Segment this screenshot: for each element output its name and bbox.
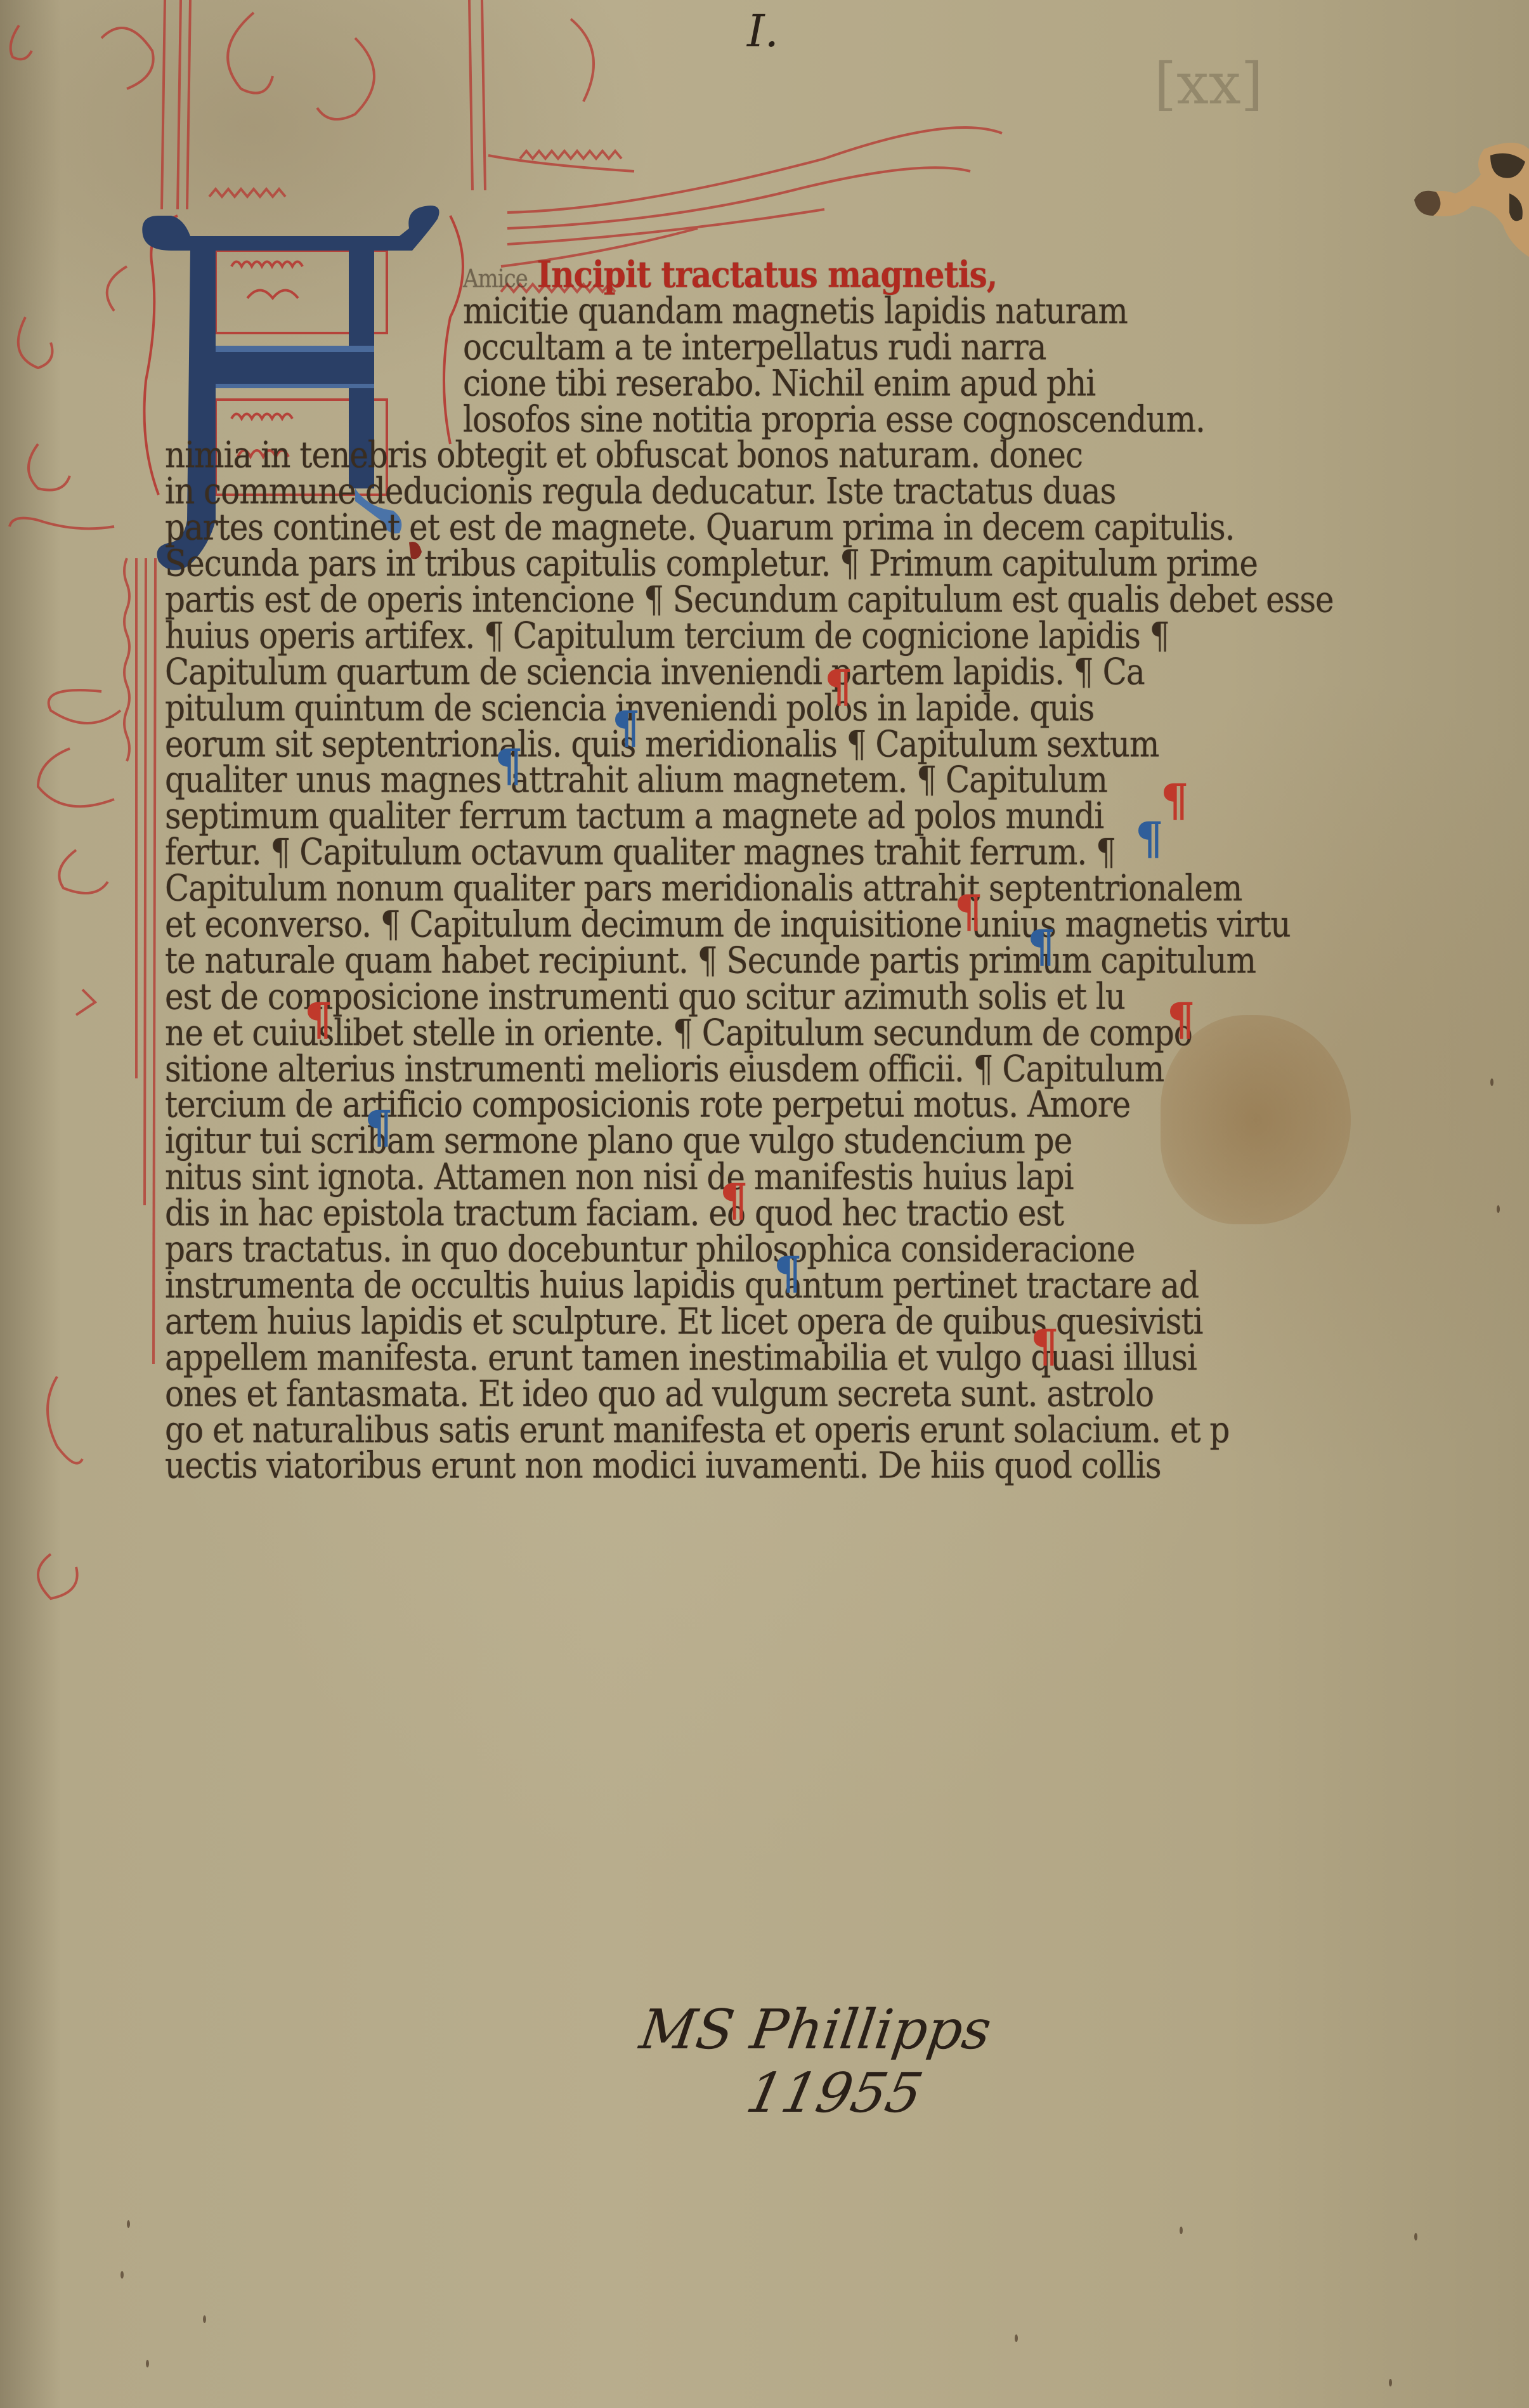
blue-pilcrow-icon: ¶ — [1027, 920, 1056, 972]
manuscript-folio: [xx] I. — [0, 0, 1529, 2408]
collection-name: MS Phillipps — [636, 1998, 995, 2062]
blue-pilcrow-icon: ¶ — [495, 739, 523, 792]
red-pilcrow-icon: ¶ — [304, 993, 333, 1045]
red-pilcrow-icon: ¶ — [1031, 1319, 1059, 1372]
blue-pilcrow-icon: ¶ — [1135, 812, 1164, 865]
foxing-speck — [1180, 2227, 1183, 2234]
foxing-speck — [1497, 1205, 1500, 1213]
foxing-speck — [120, 2271, 124, 2279]
foxing-speck — [203, 2315, 206, 2323]
red-pilcrow-icon: ¶ — [954, 885, 983, 938]
folio-number: I. — [747, 5, 779, 57]
blue-pilcrow-icon: ¶ — [612, 701, 641, 754]
foxing-speck — [1490, 1078, 1493, 1086]
phillipps-shelfmark: MS Phillipps 11955 — [641, 1998, 991, 2125]
blue-pilcrow-icon: ¶ — [365, 1101, 393, 1153]
manuscript-text-block: Amice Incipit tractatus magnetis, miciti… — [165, 257, 1275, 1484]
foxing-speck — [1389, 2379, 1392, 2386]
faded-marginal-mark: [xx] — [1154, 51, 1263, 117]
manuscript-number: 11955 — [672, 2062, 997, 2125]
red-pilcrow-icon: ¶ — [1167, 993, 1195, 1045]
foxing-speck — [1015, 2334, 1018, 2342]
foxing-speck — [127, 2220, 130, 2228]
foxing-speck — [1414, 2233, 1417, 2241]
red-pilcrow-icon: ¶ — [824, 660, 853, 712]
red-pilcrow-icon: ¶ — [1161, 774, 1189, 827]
red-pilcrow-icon: ¶ — [720, 1174, 748, 1226]
blue-pilcrow-icon: ¶ — [774, 1247, 802, 1299]
text-line: uectis viatoribus erunt non modici iuvam… — [165, 1445, 1275, 1486]
foxing-speck — [146, 2360, 149, 2367]
wax-stain-icon — [1408, 136, 1529, 257]
